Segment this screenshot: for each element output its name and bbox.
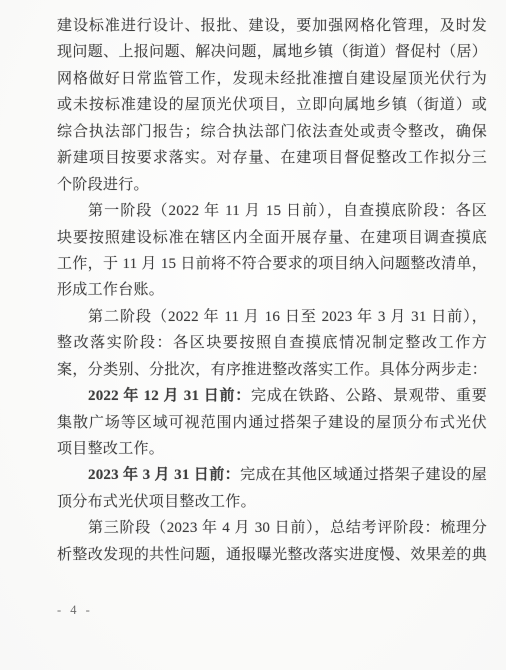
- text-line: 块要按照建设标准在辖区内全面开展存量、在建项目调查摸底: [57, 225, 487, 251]
- text-run: 形成工作台账。: [57, 282, 164, 298]
- text-line: 集散广场等区域可视范围内通过搭架子建设的屋顶分布式光伏: [57, 410, 487, 436]
- text-run: 第二阶段（2022 年 11 月 16 日至 2023 年 3 月 31 日前）…: [88, 309, 487, 325]
- bold-date-run: 2022 年 12 月 31 日前：: [88, 388, 251, 404]
- text-run: 网格做好日常监管工作，发现未经批准擅自建设屋顶光伏行为: [57, 71, 487, 87]
- text-line: 析整改发现的共性问题，通报曝光整改落实进度慢、效果差的典: [57, 542, 487, 568]
- text-run: 第一阶段（2022 年 11 月 15 日前），自查摸底阶段：各区: [88, 203, 487, 219]
- text-run: 工作，于 11 月 15 日前将不符合要求的项目纳入问题整改清单，: [57, 256, 487, 272]
- text-line: 或未按标准建设的屋顶光伏项目，立即向属地乡镇（街道）或: [57, 92, 487, 118]
- text-run: 块要按照建设标准在辖区内全面开展存量、在建项目调查摸底: [57, 230, 487, 246]
- bold-date-run: 2023 年 3 月 31 日前：: [88, 467, 240, 483]
- text-run: 顶分布式光伏项目整改工作。: [57, 494, 256, 510]
- text-line: 2022 年 12 月 31 日前：完成在铁路、公路、景观带、重要: [57, 383, 487, 409]
- document-body: 建设标准进行设计、报批、建设，要加强网格化管理，及时发现问题、上报问题、解决问题…: [57, 13, 487, 568]
- text-run: 项目整改工作。: [57, 441, 164, 457]
- text-run: 案，分类别、分批次，有序推进整改落实工作。具体分两步走：: [57, 362, 487, 378]
- text-run: 集散广场等区域可视范围内通过搭架子建设的屋顶分布式光伏: [57, 415, 487, 431]
- text-run: 现问题、上报问题、解决问题，属地乡镇（街道）督促村（居）: [57, 44, 487, 60]
- text-run: 第三阶段（2023 年 4 月 30 日前），总结考评阶段：梳理分: [88, 520, 487, 536]
- text-line: 案，分类别、分批次，有序推进整改落实工作。具体分两步走：: [57, 357, 487, 383]
- text-line: 工作，于 11 月 15 日前将不符合要求的项目纳入问题整改清单，: [57, 251, 487, 277]
- text-line: 综合执法部门报告；综合执法部门依法查处或责令整改，确保: [57, 119, 487, 145]
- text-run: 完成在其他区域通过搭架子建设的屋: [240, 467, 487, 483]
- text-run: 整改落实阶段：各区块要按照自查摸底情况制定整改工作方: [57, 335, 487, 351]
- text-line: 个阶段进行。: [57, 172, 487, 198]
- text-line: 项目整改工作。: [57, 436, 487, 462]
- text-run: 完成在铁路、公路、景观带、重要: [251, 388, 487, 404]
- text-line: 2023 年 3 月 31 日前：完成在其他区域通过搭架子建设的屋: [57, 462, 487, 488]
- text-line: 现问题、上报问题、解决问题，属地乡镇（街道）督促村（居）: [57, 39, 487, 65]
- text-run: 或未按标准建设的屋顶光伏项目，立即向属地乡镇（街道）或: [57, 97, 487, 113]
- text-run: 个阶段进行。: [57, 177, 149, 193]
- text-run: 新建项目按要求落实。对存量、在建项目督促整改工作拟分三: [57, 150, 487, 166]
- page-number: - 4 -: [57, 603, 93, 618]
- text-line: 建设标准进行设计、报批、建设，要加强网格化管理，及时发: [57, 13, 487, 39]
- text-line: 网格做好日常监管工作，发现未经批准擅自建设屋顶光伏行为: [57, 66, 487, 92]
- text-line: 第一阶段（2022 年 11 月 15 日前），自查摸底阶段：各区: [57, 198, 487, 224]
- text-line: 第三阶段（2023 年 4 月 30 日前），总结考评阶段：梳理分: [57, 515, 487, 541]
- text-run: 综合执法部门报告；综合执法部门依法查处或责令整改，确保: [57, 124, 487, 140]
- text-line: 顶分布式光伏项目整改工作。: [57, 489, 487, 515]
- text-line: 形成工作台账。: [57, 277, 487, 303]
- text-line: 整改落实阶段：各区块要按照自查摸底情况制定整改工作方: [57, 330, 487, 356]
- text-run: 建设标准进行设计、报批、建设，要加强网格化管理，及时发: [57, 18, 487, 34]
- text-line: 第二阶段（2022 年 11 月 16 日至 2023 年 3 月 31 日前）…: [57, 304, 487, 330]
- scanned-document-page: 建设标准进行设计、报批、建设，要加强网格化管理，及时发现问题、上报问题、解决问题…: [0, 0, 506, 670]
- text-run: 析整改发现的共性问题，通报曝光整改落实进度慢、效果差的典: [57, 547, 487, 563]
- text-line: 新建项目按要求落实。对存量、在建项目督促整改工作拟分三: [57, 145, 487, 171]
